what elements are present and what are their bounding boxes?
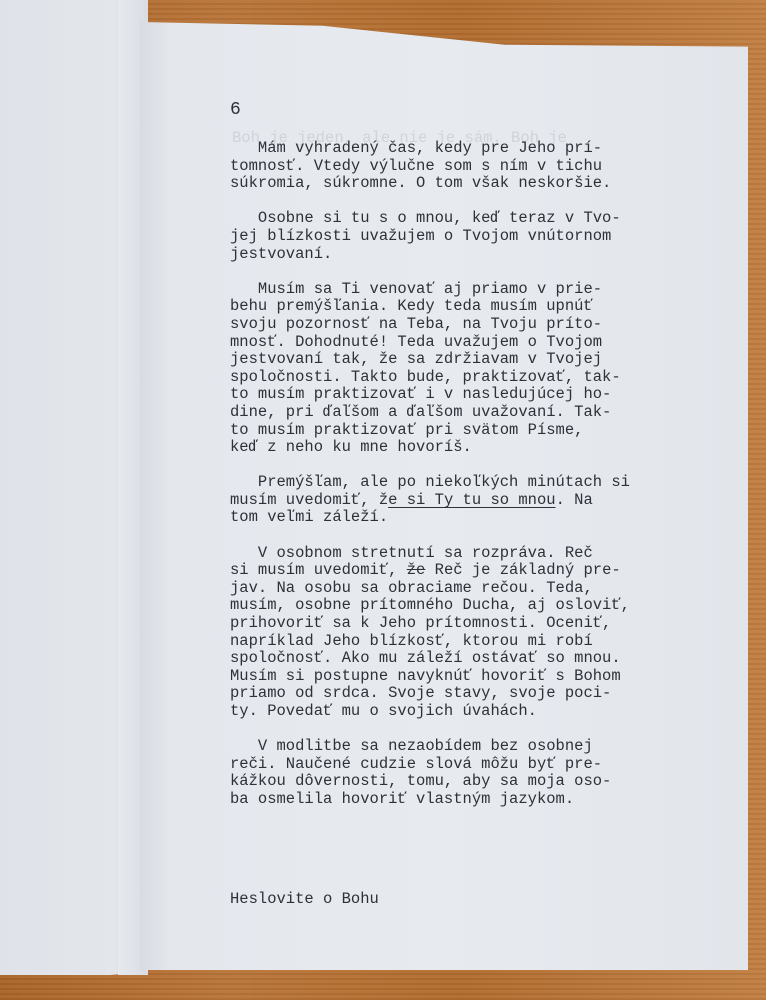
underlined-phrase: e si Ty tu so mnou — [388, 491, 555, 509]
text-line: jej blízkosti uvažujem o Tvojom vnútorno… — [230, 228, 730, 246]
text-line: súkromia, súkromne. O tom však neskoršie… — [230, 175, 730, 193]
text-line: spoločnosti. Takto bude, praktizovať, ta… — [230, 369, 730, 387]
struck-word: že — [407, 561, 426, 579]
text-line: musím, osobne prítomného Ducha, aj oslov… — [230, 597, 730, 615]
typewritten-body: Mám vyhradený čas, kedy pre Jeho prí-tom… — [230, 140, 730, 826]
text-line: jav. Na osobu sa obraciame rečou. Teda, — [230, 580, 730, 598]
text-line: Premýšľam, ale po niekoľkých minútach si — [230, 474, 730, 492]
paragraph: V modlitbe sa nezaobídem bez osobnejreči… — [230, 738, 730, 808]
paragraph: Premýšľam, ale po niekoľkých minútach si… — [230, 474, 730, 527]
footer-title: Heslovite o Bohu — [230, 890, 379, 908]
text-line: ty. Povedať mu o svojich úvahách. — [230, 703, 730, 721]
text-line: to musím praktizovať i v nasledujúcej ho… — [230, 386, 730, 404]
text-line: kážkou dôvernosti, tomu, aby sa moja oso… — [230, 773, 730, 791]
text-line: to musím praktizovať pri svätom Písme, — [230, 422, 730, 440]
text-line: svoju pozornosť na Teba, na Tvoju príto- — [230, 316, 730, 334]
page-number: 6 — [230, 100, 241, 120]
text-line: behu premýšľania. Kedy teda musím upnúť — [230, 298, 730, 316]
text-line: Mám vyhradený čas, kedy pre Jeho prí- — [230, 140, 730, 158]
text-line: spoločnosť. Ako mu záleží ostávať so mno… — [230, 650, 730, 668]
text-line: Osobne si tu s o mnou, keď teraz v Tvo- — [230, 210, 730, 228]
text-line: priamo od srdca. Svoje stavy, svoje poci… — [230, 685, 730, 703]
text-line: dine, pri ďaľšom a ďaľšom uvažovaní. Tak… — [230, 404, 730, 422]
text-line: V osobnom stretnutí sa rozpráva. Reč — [230, 545, 730, 563]
text-line: si musím uvedomiť, že Reč je základný pr… — [230, 562, 730, 580]
text-line: tom veľmi záleží. — [230, 509, 730, 527]
text-line: jestvovaní tak, že sa zdržiavam v Tvojej — [230, 351, 730, 369]
text-line: napríklad Jeho blízkosť, ktorou mi robí — [230, 633, 730, 651]
text-line: reči. Naučené cudzie slová môžu byť pre- — [230, 756, 730, 774]
text-line: mnosť. Dohodnuté! Teda uvažujem o Tvojom — [230, 334, 730, 352]
text-line: ba osmelila hovoriť vlastným jazykom. — [230, 791, 730, 809]
text-line: V modlitbe sa nezaobídem bez osobnej — [230, 738, 730, 756]
text-line: jestvovaní. — [230, 246, 730, 264]
paragraph: Osobne si tu s o mnou, keď teraz v Tvo-j… — [230, 210, 730, 263]
paragraph: V osobnom stretnutí sa rozpráva. Rečsi m… — [230, 545, 730, 721]
text-line: Musím sa Ti venovať aj priamo v prie- — [230, 281, 730, 299]
paragraph: Musím sa Ti venovať aj priamo v prie-beh… — [230, 281, 730, 457]
text-line: Musím si postupne navyknúť hovoriť s Boh… — [230, 668, 730, 686]
text-line: musím uvedomiť, že si Ty tu so mnou. Na — [230, 492, 730, 510]
paragraph: Mám vyhradený čas, kedy pre Jeho prí-tom… — [230, 140, 730, 193]
text-line: tomnosť. Vtedy výlučne som s ním v tichu — [230, 158, 730, 176]
text-line: keď z neho ku mne hovoríš. — [230, 439, 730, 457]
text-line: prihovoriť sa k Jeho prítomnosti. Oceniť… — [230, 615, 730, 633]
